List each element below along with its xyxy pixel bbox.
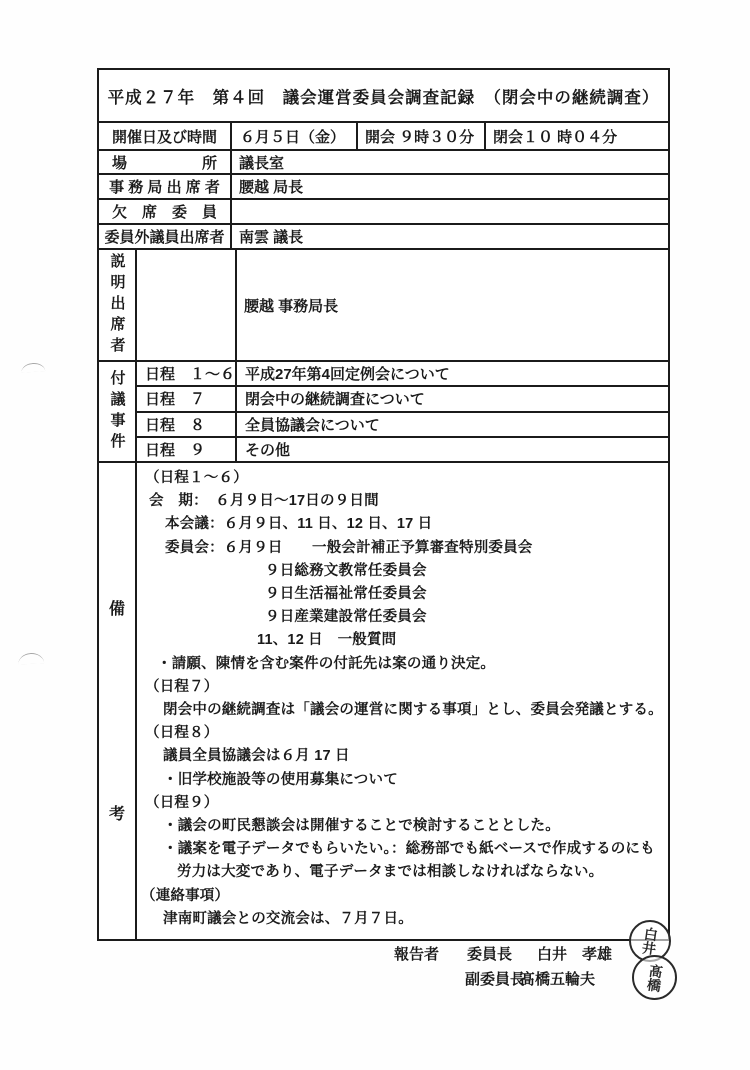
row-explainer: 説明出席者 腰越 事務局長 [99, 248, 668, 360]
note-line: 本会議：６月９日、11 日、12 日、17 日 [137, 513, 668, 536]
agenda-row: 日程 ９その他 [137, 436, 668, 461]
note-line: 委員会：６月９日 一般会計補正予算審査特別委員会 [137, 537, 668, 560]
agenda-item-number: 日程 ７ [137, 387, 237, 410]
place-value: 議長室 [230, 151, 668, 173]
signature-vice-chair-name: 髙橋五輪夫 [520, 968, 595, 989]
pencil-mark-upper [21, 362, 46, 373]
row-place: 場 所 議長室 [99, 149, 668, 173]
note-line: ９日総務文教常任委員会 [137, 560, 668, 583]
datetime-label: 開催日及び時間 [99, 123, 230, 149]
nonmember-label: 委員外議員出席者 [99, 225, 230, 248]
agenda-item-number: 日程 １～６ [137, 362, 237, 385]
document-table: 平成２７年 第４回 議会運営委員会調査記録 （閉会中の継続調査） 開催日及び時間… [97, 68, 670, 941]
note-line: 労力は大変であり、電子データまでは相談しなければならない。 [137, 861, 668, 884]
vice-chair-seal-text: 髙橋 [646, 963, 664, 993]
agenda-label: 付議事件 [107, 370, 128, 454]
row-secretariat: 事 務 局 出 席 者 腰越 局長 [99, 173, 668, 198]
note-line: 閉会中の継続調査は「議会の運営に関する事項」とし、委員会発議とする。 [137, 699, 668, 722]
vice-chair-name-seal: 髙橋 [632, 955, 677, 1000]
note-line: （日程１～６） [137, 467, 668, 490]
note-line: （連絡事項） [137, 885, 668, 908]
notes-label-bottom: 考 [99, 801, 135, 824]
explainer-label-cell: 説明出席者 [99, 250, 135, 360]
note-line: 津南町議会との交流会は、７月７日。 [137, 908, 668, 931]
agenda-item-number: 日程 ９ [137, 438, 237, 461]
row-datetime: 開催日及び時間 ６月５日（金） 開会 ９時３０分 閉会１０ 時０４分 [99, 121, 668, 149]
agenda-items: 日程 １～６平成27年第4回定例会について日程 ７閉会中の継続調査について日程 … [135, 362, 668, 461]
notes-body: （日程１～６）会 期： ６月９日～17日の９日間本会議：６月９日、11 日、12… [135, 463, 668, 939]
datetime-close-time: 閉会１０ 時０４分 [484, 123, 668, 149]
datetime-open-time: 開会 ９時３０分 [356, 123, 484, 149]
signature-reporter-label: 報告者 [394, 943, 439, 964]
agenda-label-cell: 付議事件 [99, 362, 135, 461]
signature-vice-chair-title: 副委員長 [465, 968, 525, 989]
note-line: ・請願、陳情を含む案件の付託先は案の通り決定。 [137, 653, 668, 676]
note-line: 会 期： ６月９日～17日の９日間 [137, 490, 668, 513]
secretariat-label: 事 務 局 出 席 者 [99, 175, 230, 198]
agenda-item-number: 日程 ８ [137, 413, 237, 436]
nonmember-value: 南雲 議長 [230, 225, 668, 248]
note-line: （日程７） [137, 676, 668, 699]
row-absent-members: 欠 席 委 員 [99, 198, 668, 223]
agenda-item-text: 閉会中の継続調査について [237, 387, 668, 410]
pencil-mark-lower [18, 652, 45, 664]
notes-label-cell: 備 考 [99, 463, 135, 939]
row-notes: 備 考 （日程１～６）会 期： ６月９日～17日の９日間本会議：６月９日、11 … [99, 461, 668, 939]
note-line: ・旧学校施設等の使用募集について [137, 769, 668, 792]
signature-chair-name: 白井 孝雄 [537, 943, 612, 964]
place-label: 場 所 [99, 151, 230, 173]
agenda-item-text: 全員協議会について [237, 413, 668, 436]
chair-seal-text: 白井 [641, 926, 659, 956]
absent-label: 欠 席 委 員 [99, 200, 230, 223]
note-line: （日程８） [137, 722, 668, 745]
note-line: ９日産業建設常任委員会 [137, 606, 668, 629]
note-line: （日程９） [137, 792, 668, 815]
notes-label-top: 備 [99, 596, 135, 619]
note-line: ・議案を電子データでもらいたい。：総務部でも紙ベースで作成するのにも [137, 838, 668, 861]
datetime-date: ６月５日（金） [230, 123, 356, 149]
absent-value [230, 200, 668, 223]
signature-chair-title: 委員長 [467, 943, 512, 964]
row-agenda: 付議事件 日程 １～６平成27年第4回定例会について日程 ７閉会中の継続調査につ… [99, 360, 668, 461]
scanned-page: 平成２７年 第４回 議会運営委員会調査記録 （閉会中の継続調査） 開催日及び時間… [0, 0, 750, 1070]
agenda-row: 日程 ７閉会中の継続調査について [137, 385, 668, 410]
document-title: 平成２７年 第４回 議会運営委員会調査記録 （閉会中の継続調査） [108, 84, 660, 108]
agenda-item-text: その他 [237, 438, 668, 461]
note-line: 11、12 日 一般質問 [137, 629, 668, 652]
row-nonmember-attendees: 委員外議員出席者 南雲 議長 [99, 223, 668, 248]
explainer-label: 説明出席者 [107, 253, 128, 358]
agenda-row: 日程 １～６平成27年第4回定例会について [137, 362, 668, 385]
secretariat-value: 腰越 局長 [230, 175, 668, 198]
agenda-row: 日程 ８全員協議会について [137, 411, 668, 436]
note-line: 議員全員協議会は６月 17 日 [137, 745, 668, 768]
explainer-value: 腰越 事務局長 [235, 250, 668, 360]
note-line: ・議会の町民懇談会は開催することで検討することとした。 [137, 815, 668, 838]
agenda-item-text: 平成27年第4回定例会について [237, 362, 668, 385]
note-line: ９日生活福祉常任委員会 [137, 583, 668, 606]
explainer-empty-cell [135, 250, 235, 360]
title-row: 平成２７年 第４回 議会運営委員会調査記録 （閉会中の継続調査） [99, 70, 668, 121]
